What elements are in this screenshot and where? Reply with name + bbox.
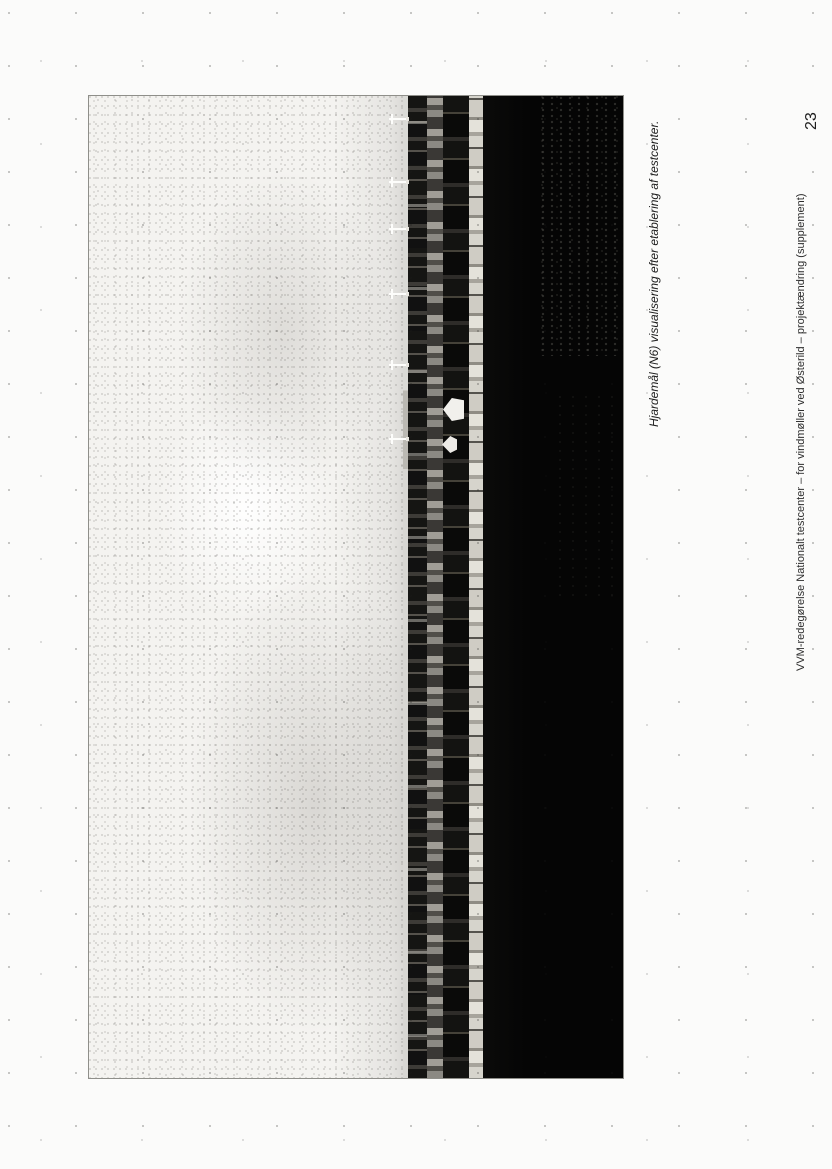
light-track-band xyxy=(469,96,483,1078)
sky-region xyxy=(89,96,403,1078)
wind-turbine-mast xyxy=(389,228,409,230)
dark-field-band xyxy=(443,96,469,1078)
wind-turbine-mast xyxy=(389,118,409,120)
wind-turbine-mast xyxy=(389,293,409,295)
wind-turbine-mast xyxy=(389,438,409,440)
grass-texture-patch xyxy=(541,96,623,356)
grass-texture-patch xyxy=(559,396,623,596)
wind-turbine-mast xyxy=(389,181,409,183)
page-number: 23 xyxy=(802,112,822,130)
figure-caption: Hjardemål (N6) visualisering efter etabl… xyxy=(645,92,663,427)
field-band xyxy=(427,96,443,1078)
figure-image xyxy=(88,95,624,1079)
document-page: Hjardemål (N6) visualisering efter etabl… xyxy=(0,0,832,1169)
wind-turbine-mast xyxy=(389,364,409,366)
page-footer: VVM-redegørelse Nationalt testcenter – f… xyxy=(794,153,809,671)
horizon-vegetation-band xyxy=(408,96,427,1078)
